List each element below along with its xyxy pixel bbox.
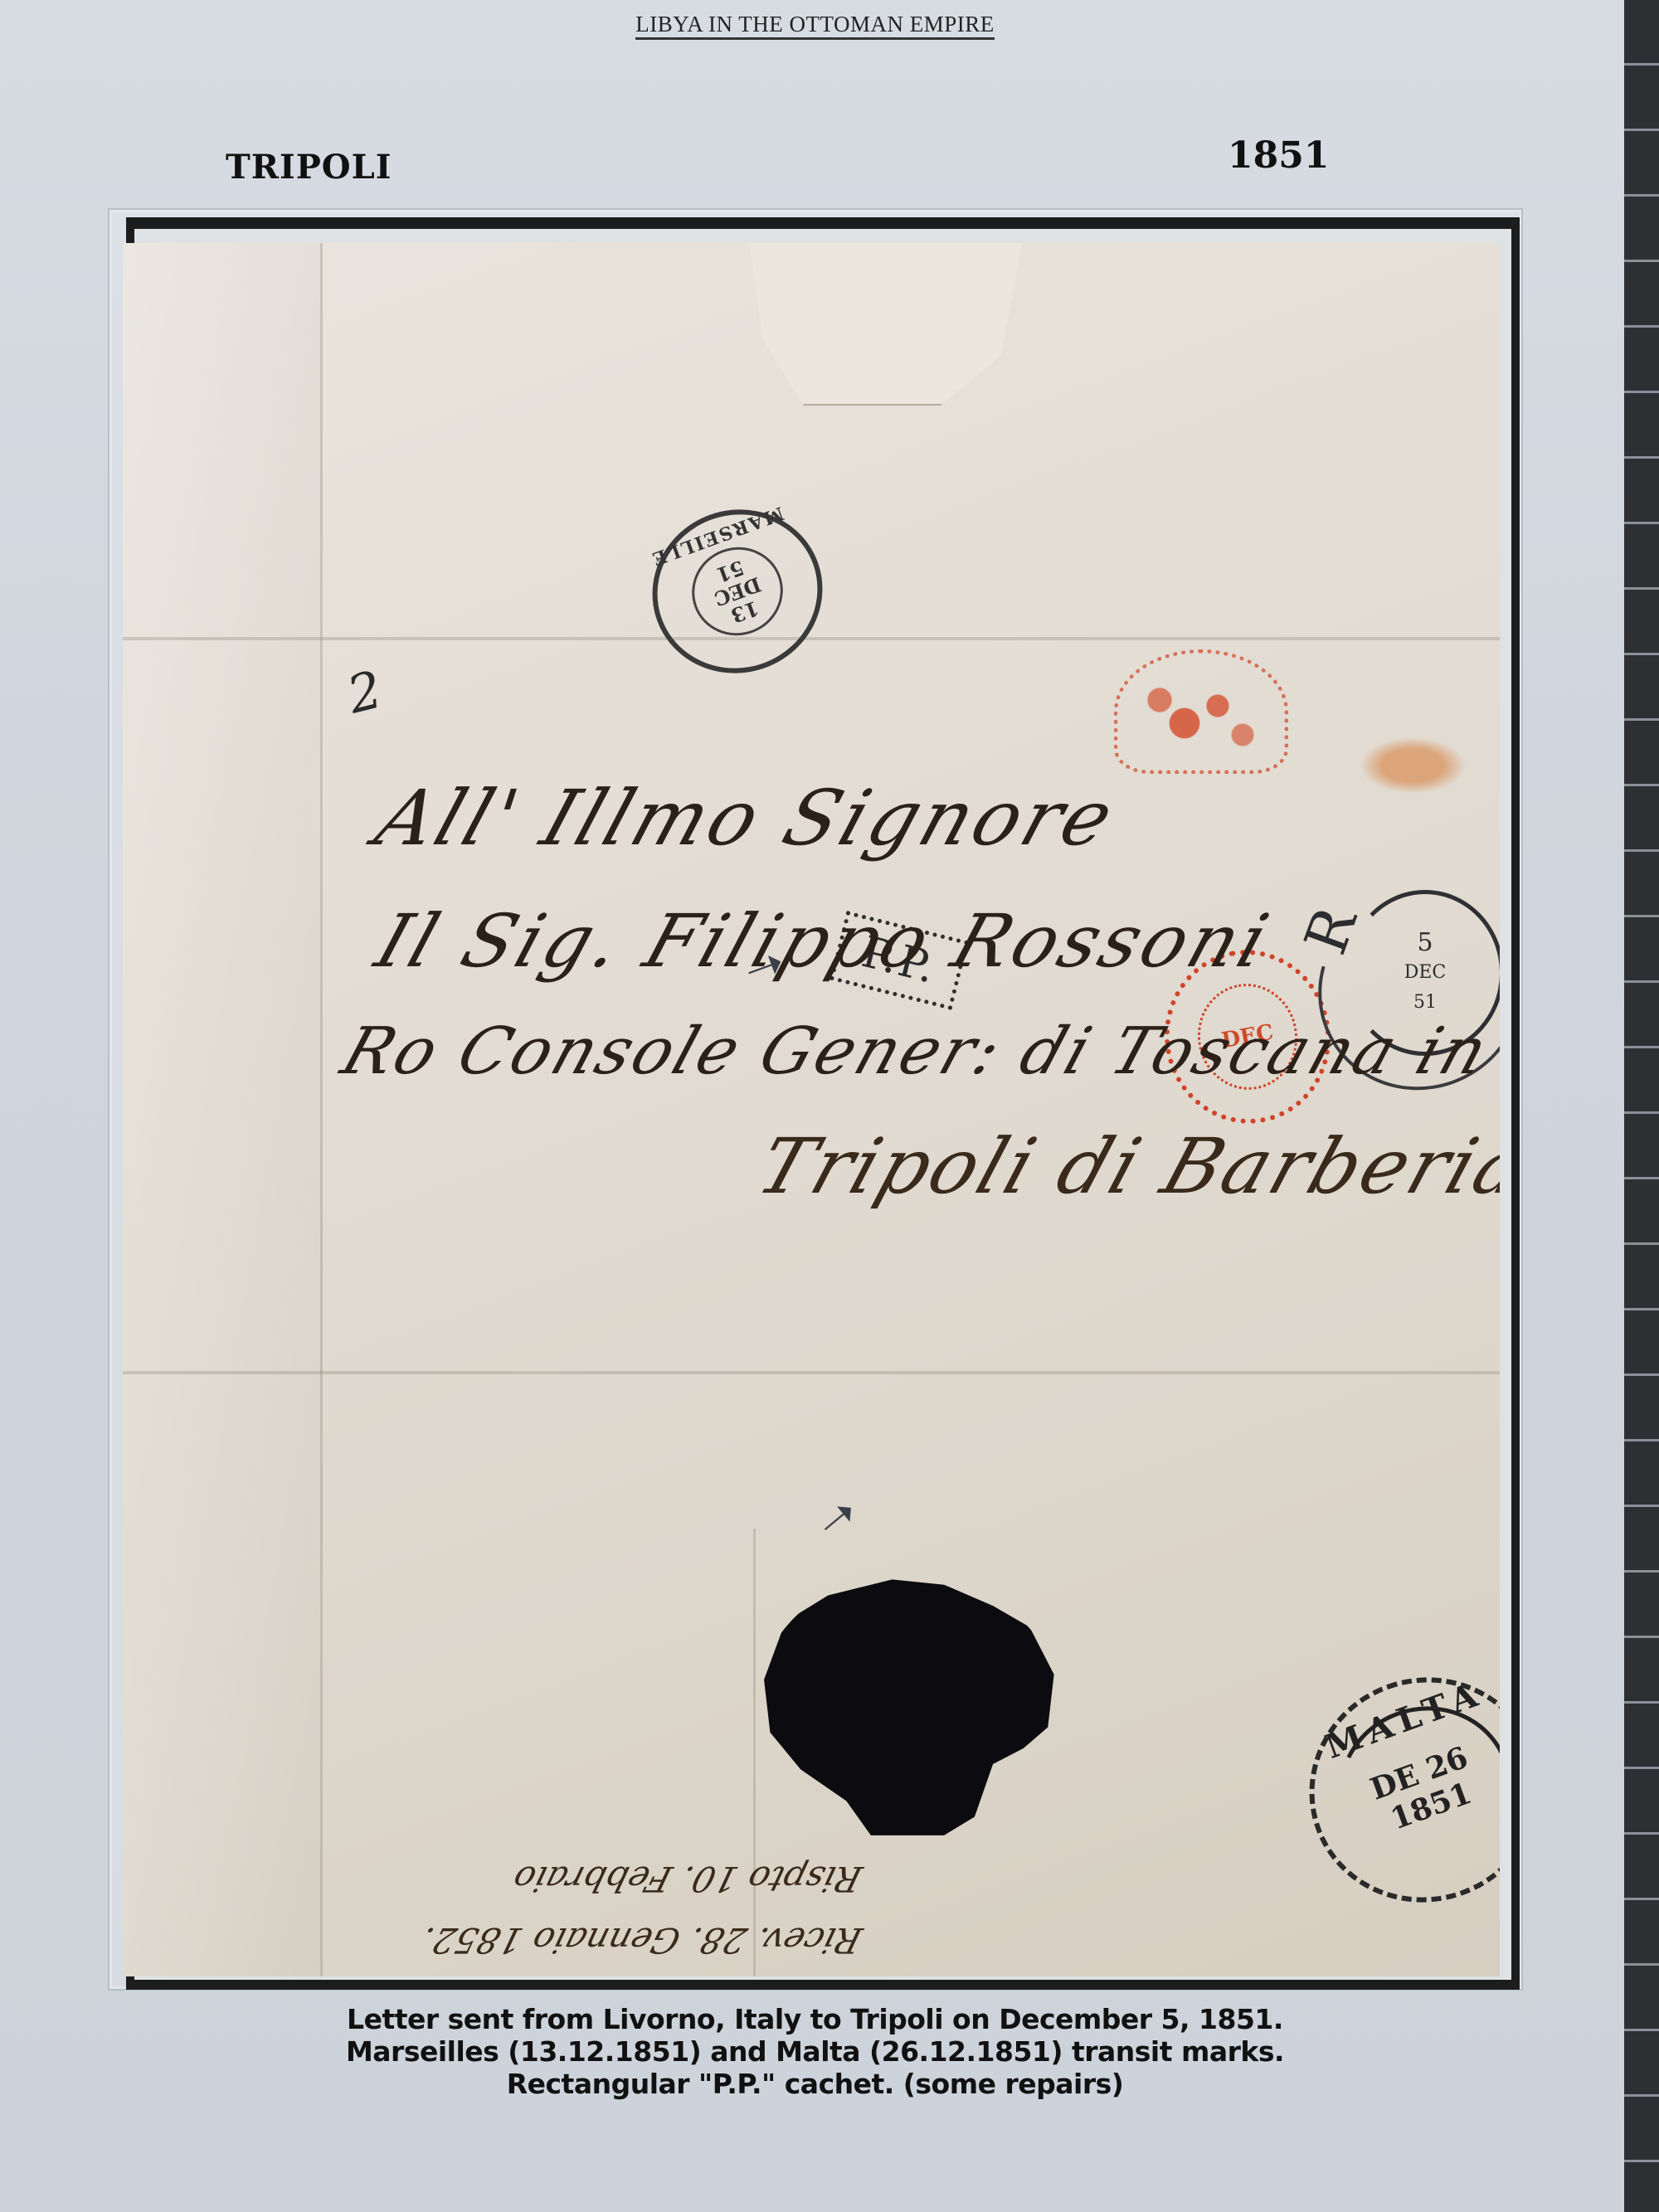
paper-edge-shade [123,243,322,1976]
year-label: 1851 [1228,134,1329,177]
address-line-2: Il Sig. Filippo Rossoni [366,898,1282,984]
manuscript-rate: 2 [342,659,388,725]
letter-flap [749,243,1023,406]
description-caption: Letter sent from Livorno, Italy to Tripo… [0,2003,1630,2100]
docket-line: Livorno 6. Dicembre 1851 [272,1971,869,1976]
orange-ink-smudge [1350,732,1475,799]
marseille-postmark: 13 DEC 51 MARSEILLE [630,486,846,698]
caption-line-2: Marseilles (13.12.1851) and Malta (26.12… [0,2035,1630,2068]
fold-line [320,243,323,1976]
docket-line: Ricev. 28. Gennaio 1852. [272,1909,869,1971]
series-title-text: LIBYA IN THE OTTOMAN EMPIRE [635,12,995,40]
place-label: TRIPOLI [226,148,392,187]
docket-line: Rispto 10. Febbraio [272,1848,869,1909]
caption-line-1: Letter sent from Livorno, Italy to Tripo… [0,2003,1630,2035]
address-line-4: Tripoli di Barberia [747,1122,1500,1211]
fold-line [123,1371,1500,1374]
docketing-notes: Illmo Gonfaloniere. Ri: Delegato Ammodo … [280,1848,861,1976]
postmark-month: DEC [1404,958,1447,988]
red-wax-smudge [1114,649,1288,774]
series-title: LIBYA IN THE OTTOMAN EMPIRE [0,12,1630,37]
postmark-year: 51 [1413,988,1437,1018]
cutting-mat-background [1624,0,1659,2212]
malta-postmark: MALTA DE 26 1851 [1277,1645,1500,1934]
address-line-3: Ro Console Gener: di Toscana in [333,1014,1498,1089]
address-line-1: All' Illmo Signore [366,774,1127,863]
caption-line-3: Rectangular "P.P." cachet. (some repairs… [0,2068,1630,2100]
album-page: LIBYA IN THE OTTOMAN EMPIRE TRIPOLI 1851… [0,0,1630,2212]
fold-line [123,637,1500,640]
pointer-arrow-icon: ➝ [805,1485,870,1552]
postmark-day: 5 [1417,928,1433,958]
